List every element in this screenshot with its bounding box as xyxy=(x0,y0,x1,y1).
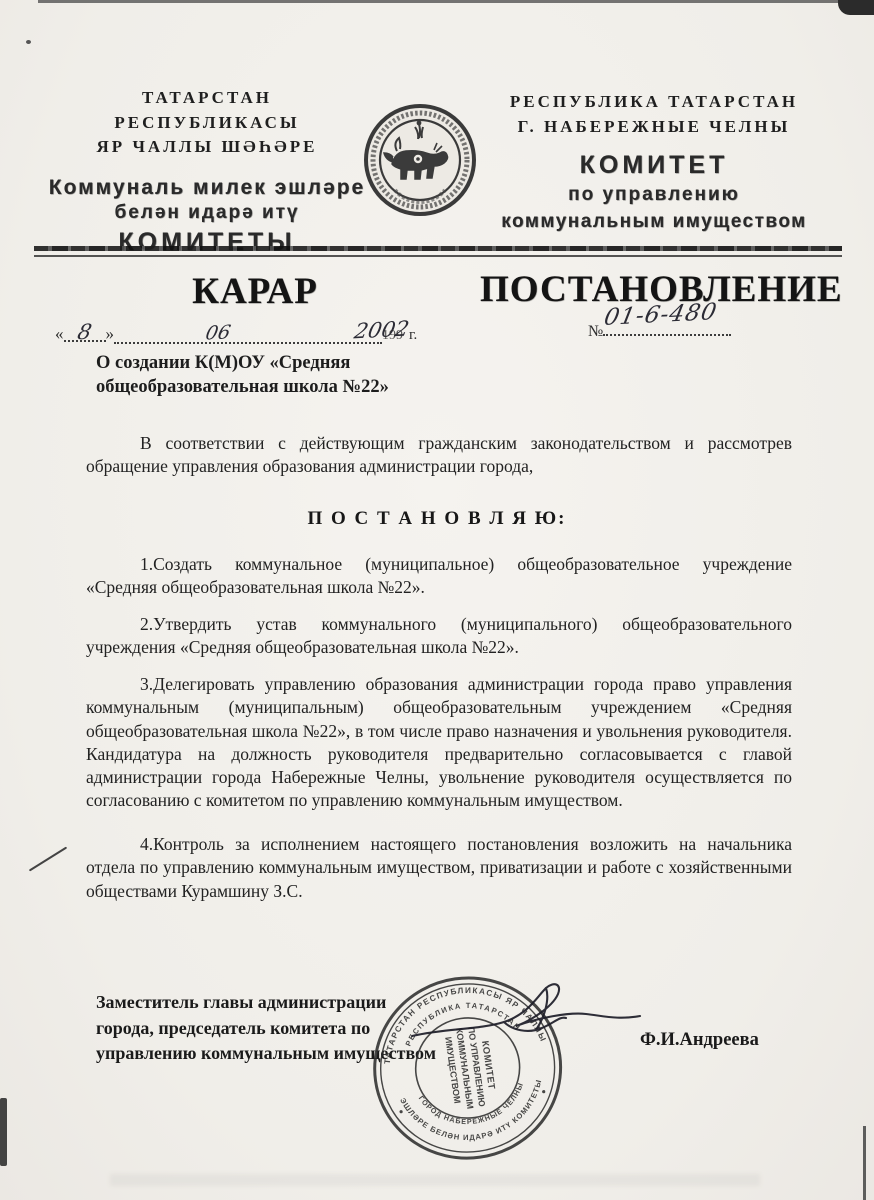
subject-block: О создании К(М)ОУ «Средняя общеобразоват… xyxy=(96,352,436,399)
title-karar: КАРАР xyxy=(130,270,380,313)
date-open-quote: « xyxy=(55,324,64,343)
letterhead-right: РЕСПУБЛИКА ТАТАРСТАН Г. НАБЕРЕЖНЫЕ ЧЕЛНЫ… xyxy=(498,90,810,233)
number-line: №01-6-480 xyxy=(588,308,731,341)
letterhead-right-org-line3: коммунальным имуществом xyxy=(498,211,810,233)
document-page: ТАТАРСТАН РЕСПУБЛИКАСЫ ЯР ЧАЛЛЫ ШӘҺӘРЕ К… xyxy=(0,0,874,1200)
letterhead-right-republic: РЕСПУБЛИКА ТАТАРСТАН xyxy=(498,90,810,115)
stamp-ring-outer-bottom-text: ЭШЛӘРЕ БЕЛӘН ИДАРӘ ИТҮ КОМИТЕТЫ xyxy=(398,1077,551,1152)
tatarstan-leopard-emblem-icon xyxy=(362,102,478,223)
date-close-quote: » xyxy=(106,324,115,343)
item-1: 1.Создать коммунальное (муниципальное) о… xyxy=(86,553,792,600)
letterhead-left-org-line3: КОМИТЕТЫ xyxy=(48,228,366,257)
subject-line2: общеобразовательная школа №22» xyxy=(96,376,436,400)
date-line: «8»062002199г. xyxy=(55,320,417,350)
printed-year: 199 xyxy=(382,328,403,343)
item-3: 3.Делегировать управлению образования ад… xyxy=(86,673,792,813)
resolve-heading: П О С Т А Н О В Л Я Ю: xyxy=(0,508,874,530)
signatory-name: Ф.И.Андреева xyxy=(640,1030,759,1051)
pen-mark xyxy=(29,846,67,871)
separator-rule-thick xyxy=(34,246,842,251)
scan-artifact-bottom-right xyxy=(863,1126,866,1200)
item-4: 4.Контроль за исполнением настоящего пос… xyxy=(86,833,792,903)
letterhead-left-city: ЯР ЧАЛЛЫ ШӘҺӘРЕ xyxy=(48,135,366,160)
scan-artifact-smudge xyxy=(110,1174,760,1186)
separator-rule-thin xyxy=(34,255,842,257)
number-field: 01-6-480 xyxy=(603,308,731,336)
svg-text:ЭШЛӘРЕ БЕЛӘН ИДАРӘ ИТҮ КОМИТЕТ: ЭШЛӘРЕ БЕЛӘН ИДАРӘ ИТҮ КОМИТЕТЫ xyxy=(398,1077,551,1152)
date-day-field: 8 xyxy=(64,320,106,342)
letterhead-left: ТАТАРСТАН РЕСПУБЛИКАСЫ ЯР ЧАЛЛЫ ШӘҺӘРЕ К… xyxy=(48,86,366,257)
number-label: № xyxy=(588,323,603,340)
signature-flourish xyxy=(408,978,648,1063)
intro-paragraph: В соответствии с действующим гражданским… xyxy=(86,432,792,479)
letterhead-left-org-line1: Коммуналь милек эшләре xyxy=(48,176,366,200)
letterhead-left-republic: ТАТАРСТАН РЕСПУБЛИКАСЫ xyxy=(48,86,366,135)
handwritten-number: 01-6-480 xyxy=(602,299,720,331)
scan-artifact-corner xyxy=(838,0,874,15)
item-2: 2.Утвердить устав коммунального (муницип… xyxy=(86,613,792,660)
printed-year-suffix: г. xyxy=(409,327,417,343)
handwritten-month: 06 xyxy=(204,321,233,344)
letterhead-right-city: Г. НАБЕРЕЖНЫЕ ЧЕЛНЫ xyxy=(498,115,810,140)
letterhead-left-org-line2: белән идарә итү xyxy=(48,202,366,224)
letterhead-right-org-line1: КОМИТЕТ xyxy=(498,151,810,180)
scan-artifact-top-line xyxy=(38,0,838,3)
subject-line1: О создании К(М)ОУ «Средняя xyxy=(96,352,436,376)
date-month-field: 062002 xyxy=(114,322,382,344)
handwritten-day: 8 xyxy=(75,320,93,345)
letterhead-right-org-line2: по управлению xyxy=(498,184,810,206)
scan-artifact-bottom-left xyxy=(0,1098,7,1166)
scan-artifact-dot xyxy=(26,40,31,44)
